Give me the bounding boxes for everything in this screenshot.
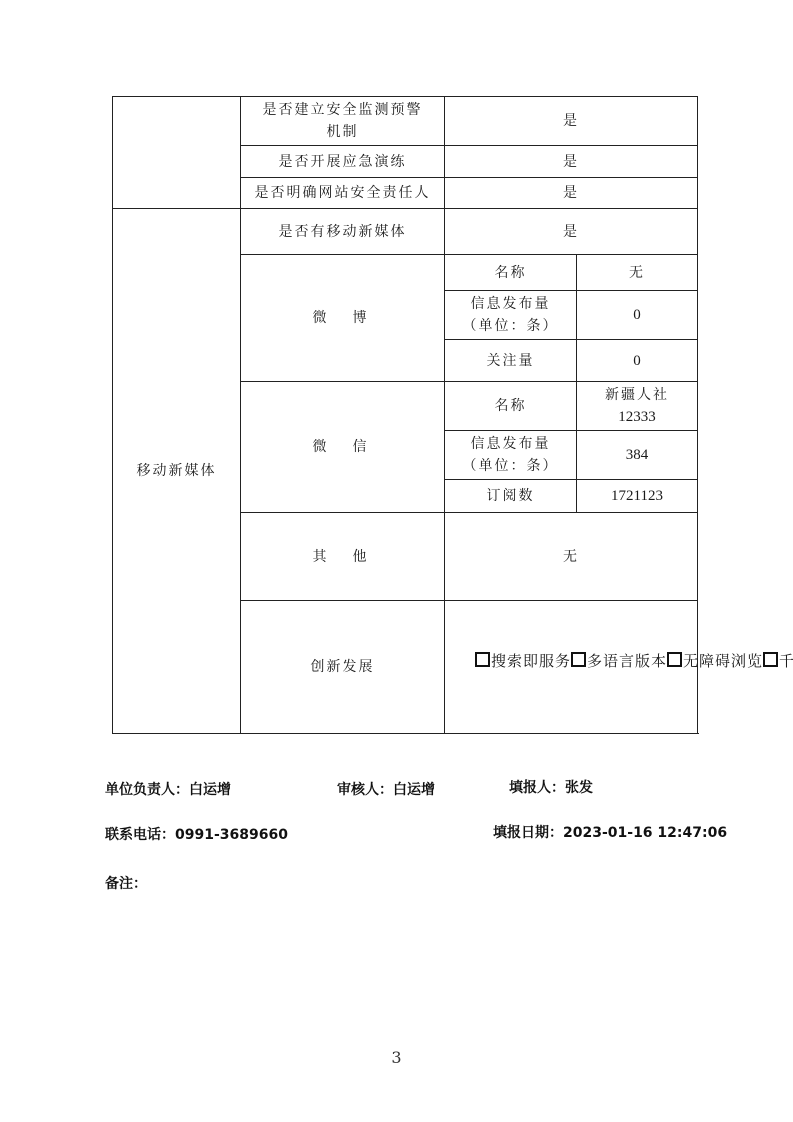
field-label: 信息发布量 （单位：条） [445, 431, 577, 480]
table-row: 移动新媒体 是否有移动新媒体 是 [113, 209, 698, 255]
row-value: 是 [445, 146, 698, 178]
unit-head: 单位负责人：白运增 [105, 779, 231, 799]
remarks-label: 备注： [105, 873, 147, 893]
section-label-innovation: 创新发展 [241, 601, 445, 734]
table-row: 是否建立安全监测预警 机制 是 [113, 97, 698, 146]
row-label: 是否建立安全监测预警 机制 [241, 97, 445, 146]
row-label: 是否有移动新媒体 [241, 209, 445, 255]
report-form-table: 是否建立安全监测预警 机制 是 是否开展应急演练 是 是否明确网站安全责任人 是… [112, 96, 698, 734]
checkbox-multilingual[interactable]: 多语言版本 [571, 652, 667, 670]
weibo-label: 微 博 [241, 255, 445, 382]
field-value: 1721123 [577, 480, 698, 513]
contact-phone: 联系电话：0991-3689660 [105, 824, 288, 844]
field-label: 订阅数 [445, 480, 577, 513]
field-value: 0 [577, 291, 698, 340]
innovation-options: 搜索即服务多语言版本无障碍浏览千人千网其他 [445, 601, 698, 734]
page-number: 3 [0, 1048, 793, 1067]
field-value: 无 [577, 255, 698, 291]
field-label: 信息发布量 （单位：条） [445, 291, 577, 340]
checkbox-icon[interactable] [763, 652, 778, 667]
field-label: 名称 [445, 255, 577, 291]
document-page: 是否建立安全监测预警 机制 是 是否开展应急演练 是 是否明确网站安全责任人 是… [0, 0, 793, 1122]
field-value: 0 [577, 340, 698, 382]
section-label-mobile-media: 移动新媒体 [113, 209, 241, 734]
field-label: 名称 [445, 382, 577, 431]
checkbox-search-as-service[interactable]: 搜索即服务 [475, 652, 571, 670]
field-value: 384 [577, 431, 698, 480]
row-label: 是否开展应急演练 [241, 146, 445, 178]
field-label: 关注量 [445, 340, 577, 382]
row-value: 是 [445, 97, 698, 146]
row-value: 是 [445, 209, 698, 255]
checkbox-icon[interactable] [475, 652, 490, 667]
section-label-empty [113, 97, 241, 209]
row-label: 是否明确网站安全责任人 [241, 178, 445, 209]
other-label: 其 他 [241, 513, 445, 601]
field-value: 新疆人社 12333 [577, 382, 698, 431]
reviewer: 审核人：白运增 [337, 779, 435, 799]
wechat-label: 微 信 [241, 382, 445, 513]
filler: 填报人：张发 [509, 777, 593, 797]
checkbox-icon[interactable] [667, 652, 682, 667]
checkbox-icon[interactable] [571, 652, 586, 667]
checkbox-personalized[interactable]: 千人千网 [763, 652, 793, 670]
other-value: 无 [445, 513, 698, 601]
checkbox-accessibility[interactable]: 无障碍浏览 [667, 652, 763, 670]
fill-date: 填报日期：2023-01-16 12:47:06 [493, 822, 727, 842]
row-value: 是 [445, 178, 698, 209]
